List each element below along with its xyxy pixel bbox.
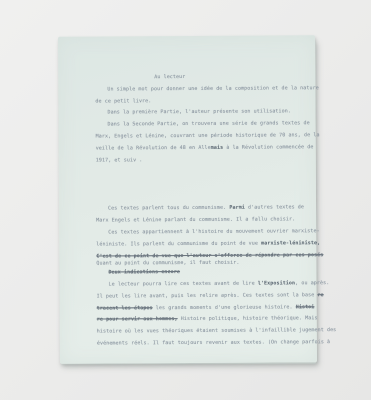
typed-line: 1917, et suiv .	[96, 154, 310, 167]
typed-text-segment: Dans la première Partie, l'auteur présen…	[107, 109, 291, 116]
typed-text-segment: les grands moments d'une glorieuse histo…	[153, 304, 296, 311]
overtyped-text: mais	[211, 145, 223, 151]
typed-text-segment: Marx Engels et Lénine parlant du communi…	[96, 217, 295, 224]
typed-text-segment: Quant au point du communisme, il faut ch…	[96, 260, 239, 267]
typed-text-segment: Histoire politique, histoire théorique. …	[178, 316, 318, 323]
typed-line: événements réels. Il faut toujours reven…	[97, 337, 311, 350]
struck-text: Deux indications encore	[108, 269, 180, 275]
typed-text-segment: Ces textes parlent tous du communisme.	[108, 205, 229, 212]
overtyped-text: l'Exposition	[258, 280, 295, 286]
typed-text-segment: de ce petit livre.	[95, 98, 151, 104]
typed-text-segment: veille de la Révolution de 48 en Alle	[96, 145, 211, 152]
typed-line: Il peut les lire avant, puis les relire …	[97, 290, 311, 303]
typed-text-segment: 1917, et suiv .	[96, 157, 143, 163]
struck-text: re	[317, 292, 323, 298]
typed-text-segment: , ou après.	[295, 280, 329, 286]
struck-text: re pour servir aux hommes,	[97, 316, 178, 322]
typed-line: veille de la Révolution de 48 en Allemai…	[96, 142, 310, 155]
typed-text-segment: Il peut les lire avant, puis les relire …	[97, 292, 318, 299]
typed-line: Un simple mot pour donner une idée de la…	[95, 83, 309, 96]
typed-text-segment: d'autres textes de	[245, 205, 304, 211]
overtyped-text: marxiste-léniniste,	[261, 240, 320, 246]
typed-text-segment: événements réels. Il faut toujours reven…	[97, 339, 330, 346]
typed-text-segment: Le lecteur pourra lire ces textes avant …	[108, 281, 257, 288]
typed-text-segment: Ces textes appartiennent à l'histoire du…	[108, 228, 320, 235]
typed-text-segment: Au lecteur	[154, 74, 185, 80]
typed-line: Ces textes appartiennent à l'histoire du…	[96, 226, 310, 239]
typed-text-segment: histoire où les vues théoriques étaient …	[97, 327, 337, 334]
typed-text-segment: Un simple mot pour donner une idée de la…	[107, 85, 319, 92]
typed-line: Marx, Engels et Lénine, couvrant une pér…	[96, 130, 310, 143]
typed-line: léniniste. Ils parlent du communisme du …	[96, 238, 310, 251]
struck-text: tracent les étapes	[97, 305, 153, 311]
photo-background: Au lecteurUn simple mot pour donner une …	[0, 0, 371, 400]
paper-sheet: Au lecteurUn simple mot pour donner une …	[58, 35, 317, 364]
typed-line: Le lecteur pourra lire ces textes avant …	[96, 278, 310, 291]
typed-text-segment: à la Révolution commencée de	[223, 144, 313, 151]
typed-text: Au lecteurUn simple mot pour donner une …	[58, 35, 317, 364]
overtyped-text: Parmi	[229, 205, 245, 211]
typed-text-segment: léniniste. Ils parlent du communisme du …	[96, 240, 261, 247]
typed-text-segment: Dans la Seconde Partie, on trouvera une …	[108, 120, 310, 127]
typed-text-segment: Marx, Engels et Lénine, couvrant une pér…	[96, 132, 320, 139]
struck-text: Histoi	[296, 304, 315, 310]
